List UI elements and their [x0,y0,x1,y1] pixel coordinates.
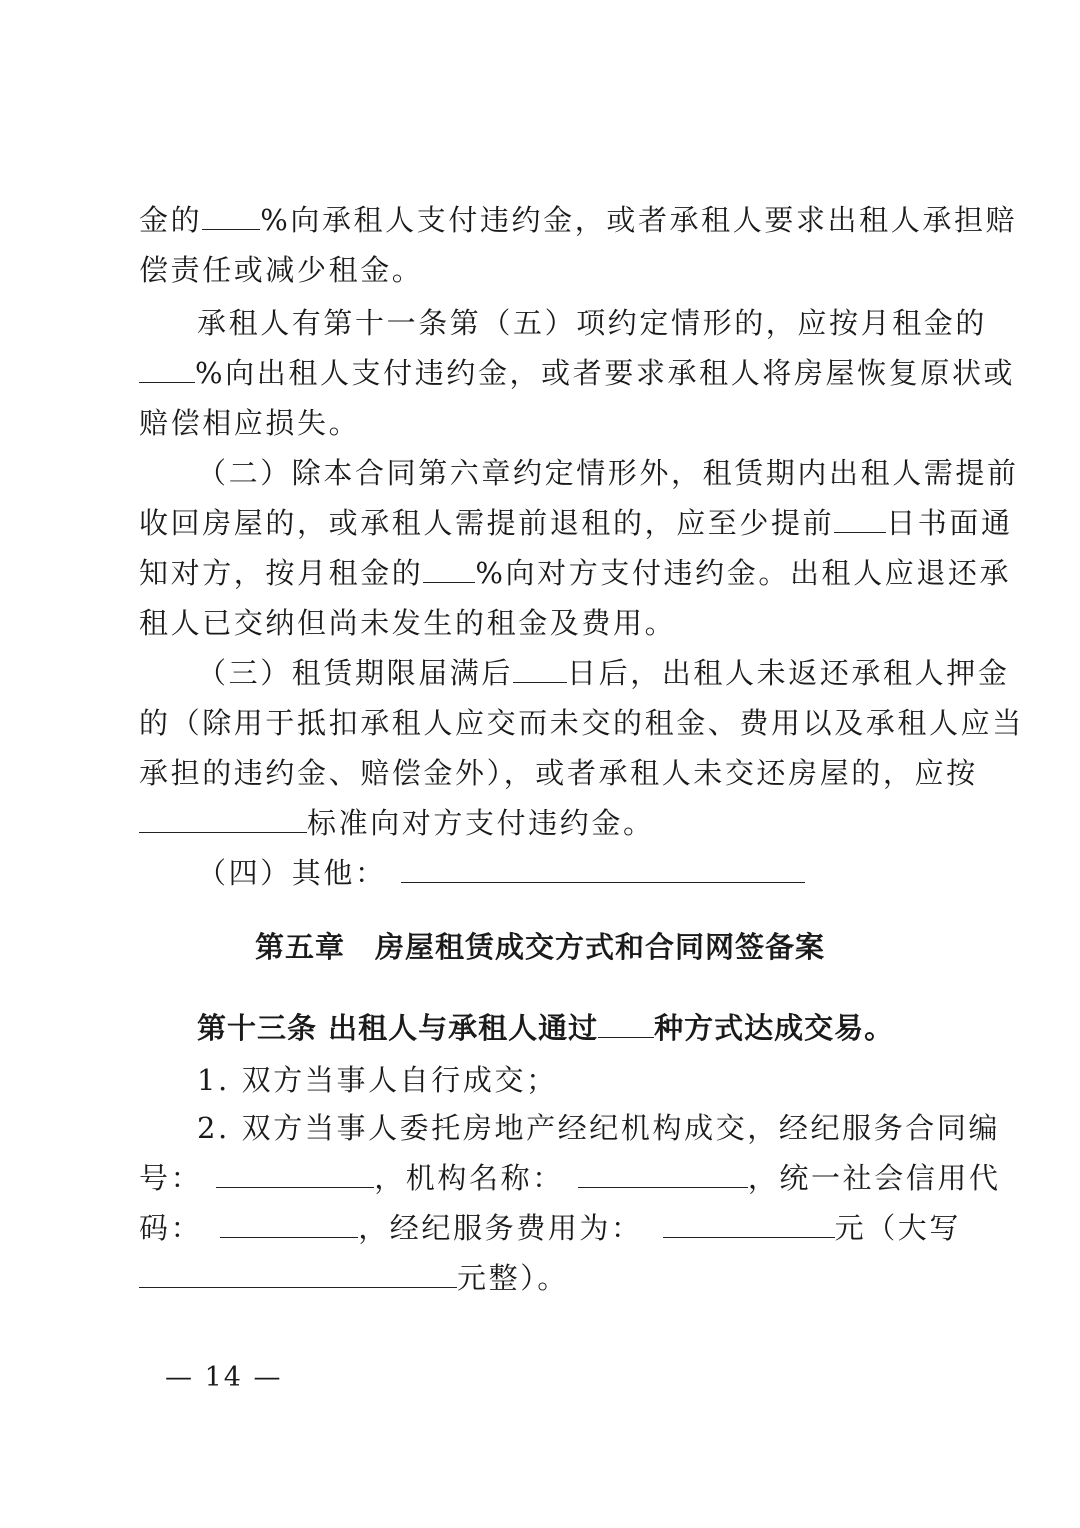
paragraph-line: （三）租赁期限届满后日后，出租人未返还承租人押金 [197,655,999,691]
text: 标准向对方支付违约金。 [307,806,655,840]
paragraph-line: 偿责任或减少租金。 [139,252,941,288]
text: 收回房屋的，或承租人需提前退租的，应至少提前 [139,506,834,540]
list-item: 2. 双方当事人委托房地产经纪机构成交，经纪服务合同编 [197,1110,999,1146]
fill-blank[interactable] [139,1261,457,1288]
text: %向承租人支付违约金，或者承租人要求出租人承担赔 [260,203,1017,237]
article-heading: 第十三条 出租人与承租人通过种方式达成交易。 [197,1010,999,1046]
paragraph-line: 号：，机构名称：，统一社会信用代 [139,1160,941,1196]
text: 日书面通 [886,506,1012,540]
paragraph-line: 金的%向承租人支付违约金，或者承租人要求出租人承担赔 [139,202,941,238]
chapter-heading: 第五章 房屋租赁成交方式和合同网签备案 [0,925,1080,966]
fill-blank[interactable] [139,356,195,383]
text: 金的 [139,203,202,237]
text: 知对方，按月租金的 [139,556,423,590]
fill-blank[interactable] [220,1211,358,1238]
text: 种方式达成交易。 [654,1011,894,1045]
fill-blank[interactable] [513,656,567,683]
text: %向对方支付违约金。出租人应退还承 [475,556,1011,590]
text: （三）租赁期限届满后 [197,656,513,690]
paragraph-line: 码：，经纪服务费用为：元（大写 [139,1210,941,1246]
fill-blank[interactable] [423,556,475,583]
text: ，机构名称： [374,1161,564,1195]
text: ，经纪服务费用为： [358,1211,642,1245]
fill-blank[interactable] [663,1211,835,1238]
text: 元（大写 [835,1211,961,1245]
paragraph-line: （二）除本合同第六章约定情形外，租赁期内出租人需提前 [197,455,999,491]
list-item: 1. 双方当事人自行成交； [197,1062,999,1098]
fill-blank[interactable] [202,203,260,230]
text: （四）其他： [197,856,387,890]
fill-blank[interactable] [401,856,805,883]
text: 日后，出租人未返还承租人押金 [567,656,1009,690]
paragraph-line: %向出租人支付违约金，或者要求承租人将房屋恢复原状或 [139,355,941,391]
paragraph-line: 知对方，按月租金的%向对方支付违约金。出租人应退还承 [139,555,941,591]
paragraph-line: （四）其他： [197,855,999,891]
paragraph-line: 承担的违约金、赔偿金外），或者承租人未交还房屋的，应按 [139,755,941,791]
fill-blank[interactable] [139,806,307,833]
text: ，统一社会信用代 [748,1161,1001,1195]
text: %向出租人支付违约金，或者要求承租人将房屋恢复原状或 [195,356,1015,390]
paragraph-line: 标准向对方支付违约金。 [139,805,941,841]
fill-blank[interactable] [834,506,886,533]
text: 第十三条 出租人与承租人通过 [197,1011,598,1045]
paragraph-line: 赔偿相应损失。 [139,405,941,441]
page-number: — 14 — [165,1362,283,1393]
text: 号： [139,1161,202,1195]
paragraph-line: 的（除用于抵扣承租人应交而未交的租金、费用以及承租人应当 [139,705,941,741]
fill-blank[interactable] [216,1161,374,1188]
text: 码： [139,1211,202,1245]
text: 元整）。 [457,1261,569,1295]
paragraph-line: 收回房屋的，或承租人需提前退租的，应至少提前日书面通 [139,505,941,541]
paragraph-line: 承租人有第十一条第（五）项约定情形的，应按月租金的 [197,305,999,341]
fill-blank[interactable] [598,1011,654,1038]
paragraph-line: 租人已交纳但尚未发生的租金及费用。 [139,605,941,641]
fill-blank[interactable] [578,1161,748,1188]
paragraph-line: 元整）。 [139,1260,941,1296]
